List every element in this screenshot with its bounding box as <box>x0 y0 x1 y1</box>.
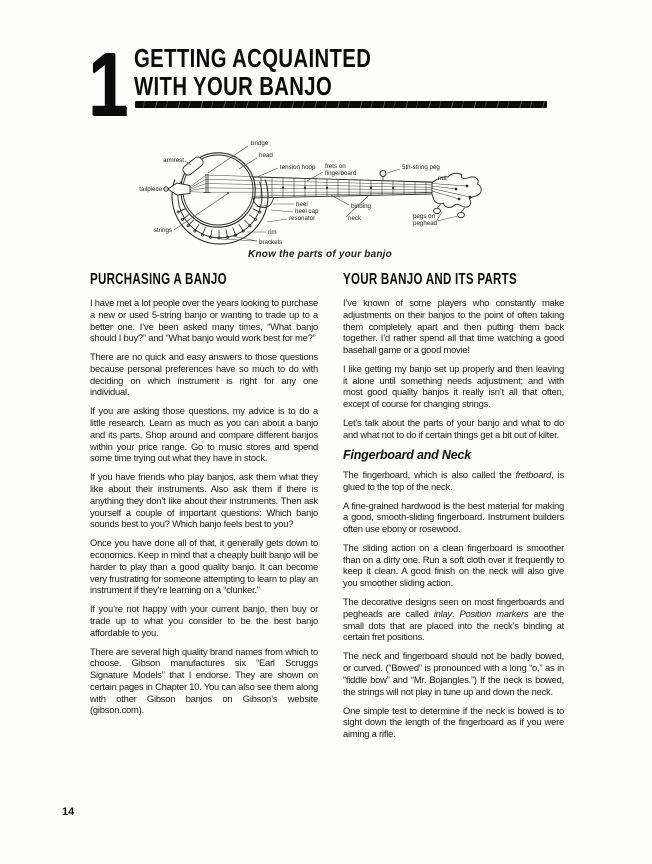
paragraph: The decorative designs seen on most fing… <box>343 596 564 643</box>
banjo-parts-diagram: bridgeheadarmresttension hoopfrets onfin… <box>80 132 560 248</box>
diagram-label: pegs on <box>413 213 436 220</box>
diagram-caption: Know the parts of your banjo <box>80 249 560 260</box>
diagram-label: frets on <box>325 163 346 170</box>
paragraph: I have met a lot people over the years l… <box>90 297 318 344</box>
diagram-label: tailpiece <box>139 186 162 193</box>
chapter-title-line-2: WITH YOUR BANJO <box>134 72 371 100</box>
diagram-label: heel cap <box>295 208 319 215</box>
section-heading-parts: YOUR BANJO AND ITS PARTS <box>343 271 502 288</box>
label-leader-line <box>307 172 323 181</box>
diagram-label: peghead <box>413 220 438 227</box>
diagram-label: resonator <box>289 215 315 222</box>
label-leader-line <box>267 219 287 222</box>
diagram-label: binding <box>351 203 372 210</box>
section-heading-purchasing: PURCHASING A BANJO <box>90 271 254 288</box>
tailpiece <box>168 183 190 195</box>
diagram-label: fingerboard <box>325 170 357 177</box>
subheading-fingerboard-and-neck: Fingerboard and Neck <box>343 448 564 462</box>
paragraph: If you are asking those questions, my ad… <box>90 405 318 464</box>
label-leader-line <box>437 216 458 221</box>
paragraph: There are no quick and easy answers to t… <box>90 351 318 398</box>
chapter-title: GETTING ACQUAINTED WITH YOUR BANJO <box>134 44 438 100</box>
book-page: 1 GETTING ACQUAINTED WITH YOUR BANJO <box>0 0 652 864</box>
string-dot <box>227 192 229 194</box>
paragraph: The neck and fingerboard should not be b… <box>343 650 564 697</box>
diagram-label: 5th-string peg <box>402 164 440 171</box>
paragraph: The fingerboard, which is also called th… <box>343 469 564 493</box>
paragraph: The sliding action on a clean fingerboar… <box>343 542 564 589</box>
tuner-button <box>458 212 465 217</box>
fifth-string-peg <box>380 171 386 177</box>
diagram-label: armrest <box>163 157 184 164</box>
diagram-label: bridge <box>251 140 269 147</box>
paragraph: If you have friends who play banjos, ask… <box>90 471 318 530</box>
diagram-label: strings <box>154 227 172 234</box>
diagram-label: nut <box>438 175 447 182</box>
purchasing-paragraphs: I have met a lot people over the years l… <box>90 297 318 716</box>
diagram-label: tension hoop <box>280 164 316 171</box>
paragraph: I’ve known of some players who constantl… <box>343 297 564 356</box>
diagram-label: neck <box>348 215 362 222</box>
paragraph: I like getting my banjo set up properly … <box>343 363 564 410</box>
paragraph: Let’s talk about the parts of your banjo… <box>343 417 564 441</box>
left-column: PURCHASING A BANJO I have met a lot peop… <box>90 271 318 723</box>
paragraph: A fine-grained hardwood is the best mate… <box>343 500 564 535</box>
right-column: YOUR BANJO AND ITS PARTS I’ve known of s… <box>343 271 564 747</box>
label-leader-line <box>257 168 278 177</box>
page-number: 14 <box>62 806 74 818</box>
diagram-label: brackets <box>259 239 282 246</box>
title-underline-bar <box>135 101 547 108</box>
paragraph: One simple test to determine if the neck… <box>343 705 564 740</box>
paragraph: There are several high quality brand nam… <box>90 646 318 717</box>
label-leader-line <box>387 169 400 173</box>
paragraph: If you’re not happy with your current ba… <box>90 603 318 638</box>
diagram-label: head <box>259 152 273 159</box>
parts-paragraphs: I’ve known of some players who constantl… <box>343 297 564 441</box>
label-leader-line <box>271 210 293 212</box>
diagram-label: heel <box>296 201 308 208</box>
banjo-illustration: bridgeheadarmresttension hoopfrets onfin… <box>80 132 560 248</box>
paragraph: Once you have done all of that, it gener… <box>90 537 318 596</box>
diagram-label: rim <box>268 229 277 236</box>
fingerboard-paragraphs: The fingerboard, which is also called th… <box>343 469 564 740</box>
chapter-number: 1 <box>88 40 128 130</box>
chapter-title-line-1: GETTING ACQUAINTED <box>134 44 371 72</box>
